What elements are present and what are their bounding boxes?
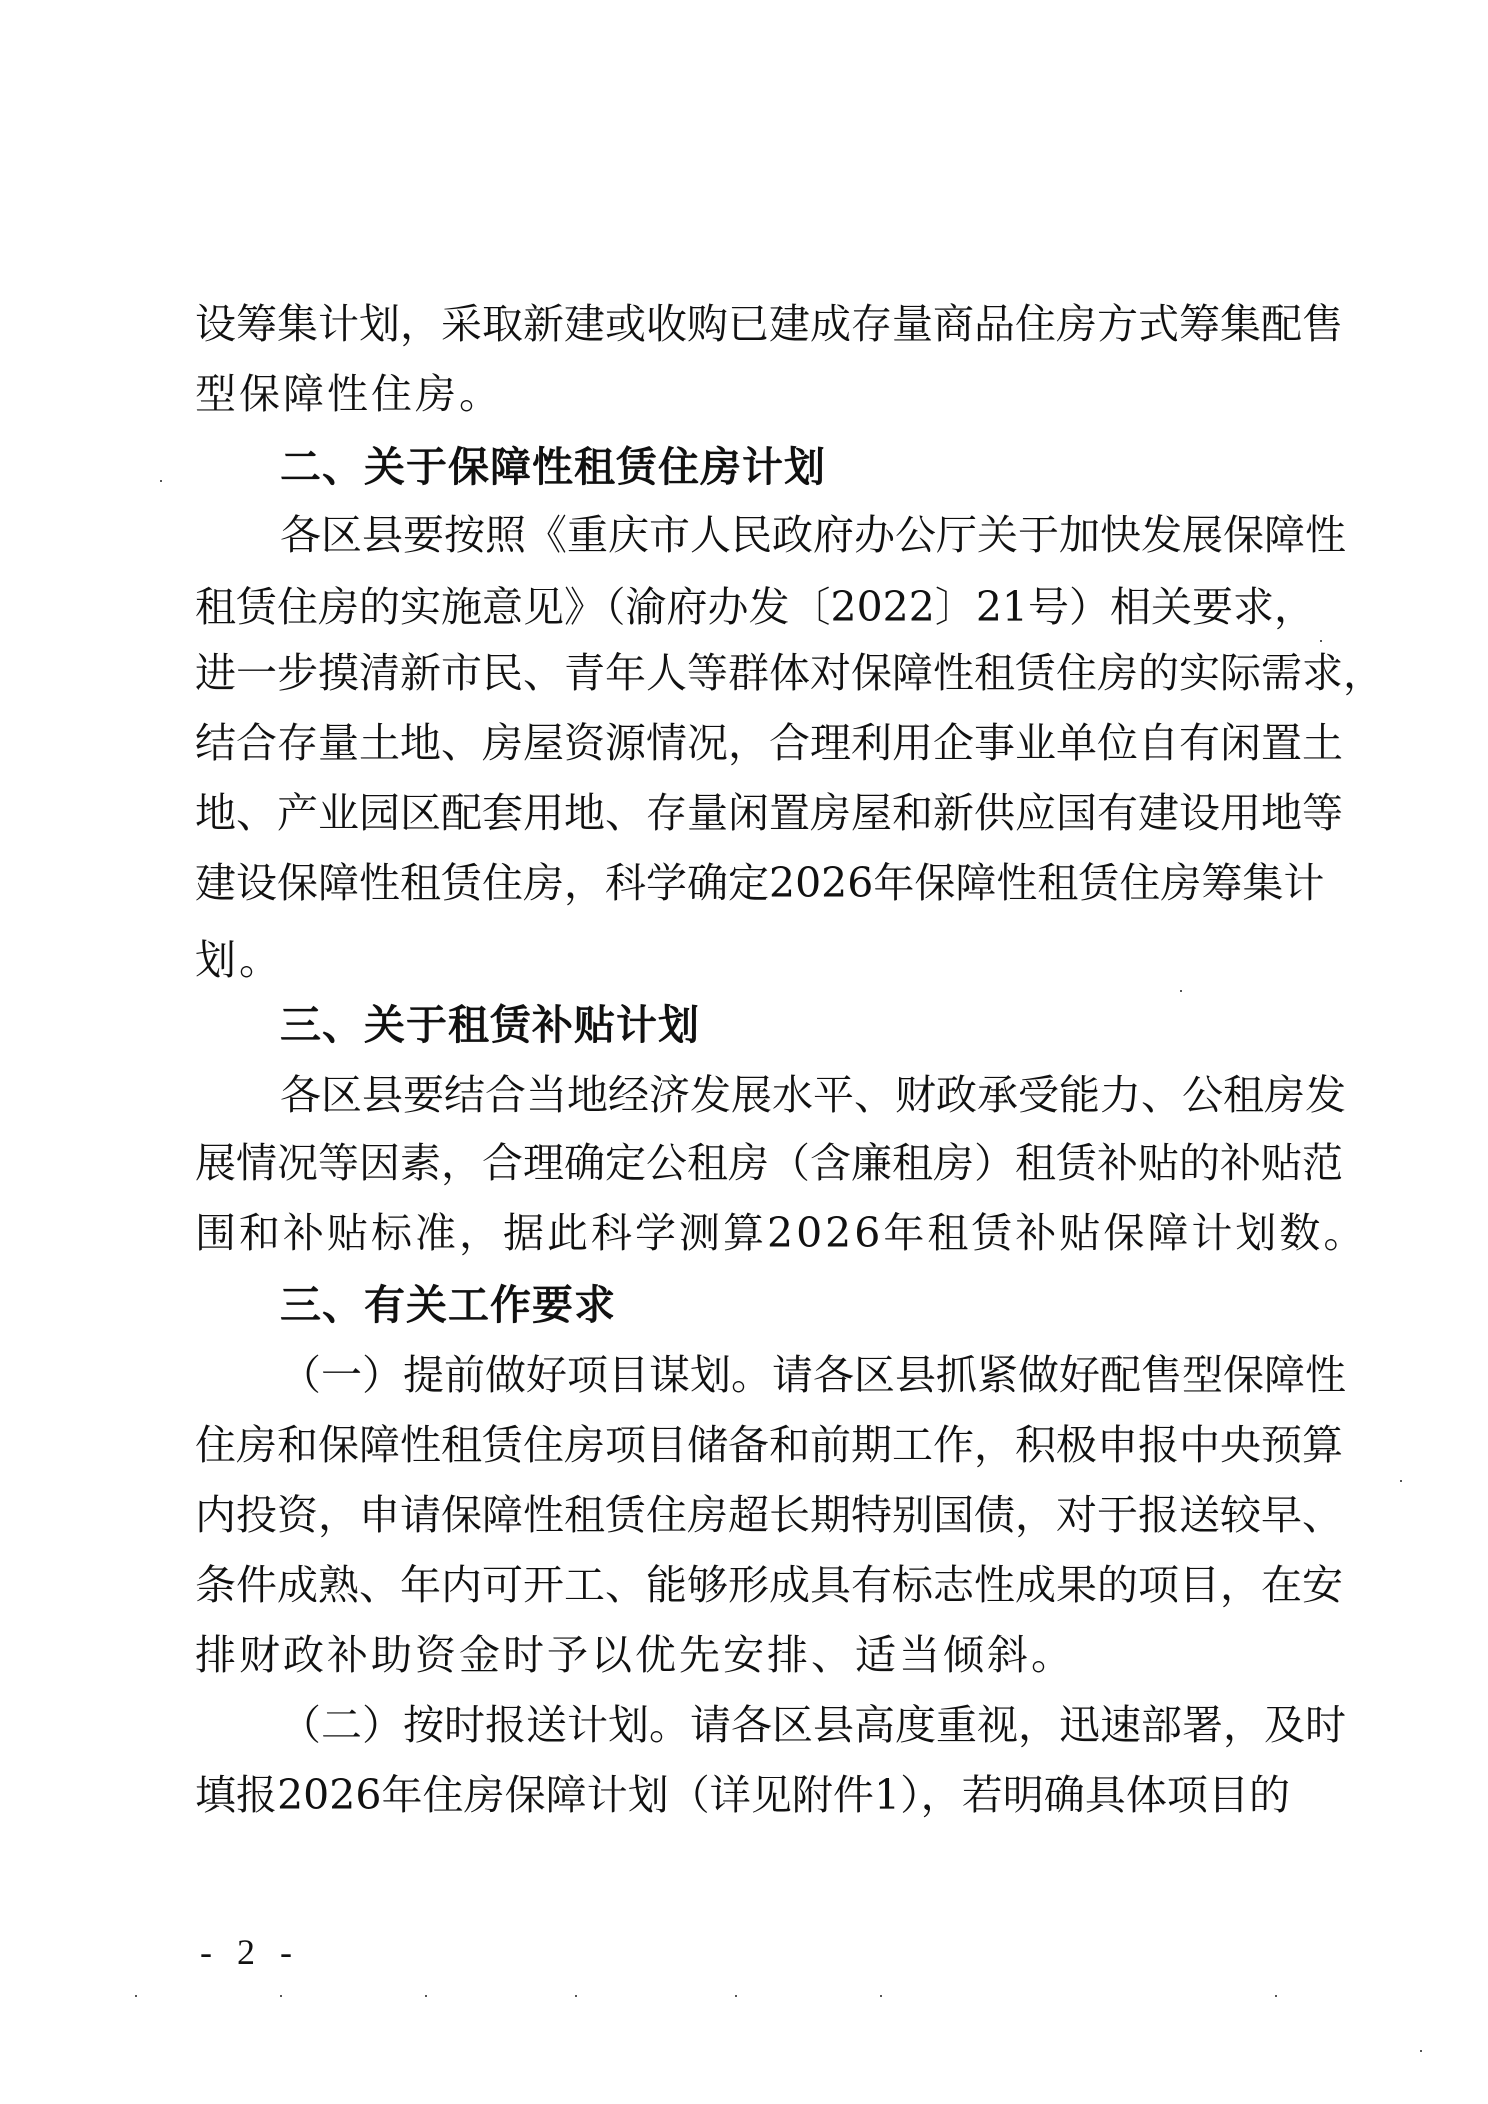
body-line: （二）按时报送计划。请各区县高度重视，迅速部署，及时	[280, 1697, 1290, 1753]
scan-speck	[1420, 2050, 1422, 2052]
body-line: 进一步摸清新市民、青年人等群体对保障性租赁住房的实际需求，	[195, 645, 1290, 701]
body-line: 建设保障性租赁住房，科学确定2026年保障性租赁住房筹集计	[195, 855, 1290, 911]
body-line: 住房和保障性租赁住房项目储备和前期工作，积极申报中央预算	[195, 1417, 1290, 1473]
body-line: （一）提前做好项目谋划。请各区县抓紧做好配售型保障性	[280, 1347, 1290, 1403]
scan-speck	[135, 1995, 137, 1997]
document-page: 设筹集计划，采取新建或收购已建成存量商品住房方式筹集配售 型保障性住房。 二、关…	[0, 0, 1488, 2104]
page-number: - 2 -	[200, 1930, 300, 1974]
scan-speck	[1400, 1480, 1402, 1482]
scan-speck	[1275, 1995, 1277, 1997]
body-line: 结合存量土地、房屋资源情况，合理利用企事业单位自有闲置土	[195, 715, 1290, 771]
scan-speck	[880, 1995, 882, 1997]
body-line: 设筹集计划，采取新建或收购已建成存量商品住房方式筹集配售	[195, 296, 1290, 352]
body-line: 排财政补助资金时予以优先安排、适当倾斜。	[195, 1627, 1290, 1683]
scan-speck	[1320, 640, 1322, 642]
body-line: 各区县要结合当地经济发展水平、财政承受能力、公租房发	[280, 1067, 1290, 1123]
scan-speck	[280, 1995, 282, 1997]
section-heading-rental-housing: 二、关于保障性租赁住房计划	[280, 439, 826, 495]
scan-speck	[735, 1995, 737, 1997]
scan-speck	[160, 480, 162, 482]
body-line: 展情况等因素，合理确定公租房（含廉租房）租赁补贴的补贴范	[195, 1135, 1290, 1191]
section-heading-rent-subsidy: 三、关于租赁补贴计划	[280, 997, 700, 1053]
body-line: 划。	[195, 932, 1290, 988]
body-line: 各区县要按照《重庆市人民政府办公厅关于加快发展保障性	[280, 507, 1290, 563]
scan-speck	[1180, 990, 1182, 992]
body-line: 围和补贴标准，据此科学测算2026年租赁补贴保障计划数。	[195, 1205, 1290, 1261]
body-line: 填报2026年住房保障计划（详见附件1），若明确具体项目的	[195, 1767, 1290, 1823]
scan-speck	[575, 1995, 577, 1997]
body-line: 型保障性住房。	[195, 366, 1290, 422]
body-line: 内投资，申请保障性租赁住房超长期特别国债，对于报送较早、	[195, 1487, 1290, 1543]
body-line: 地、产业园区配套用地、存量闲置房屋和新供应国有建设用地等	[195, 785, 1290, 841]
section-heading-work-requirements: 三、有关工作要求	[280, 1277, 616, 1333]
body-line: 条件成熟、年内可开工、能够形成具有标志性成果的项目，在安	[195, 1557, 1290, 1613]
scan-speck	[425, 1995, 427, 1997]
body-line: 租赁住房的实施意见》（渝府办发〔2022〕21号）相关要求，	[195, 579, 1290, 635]
